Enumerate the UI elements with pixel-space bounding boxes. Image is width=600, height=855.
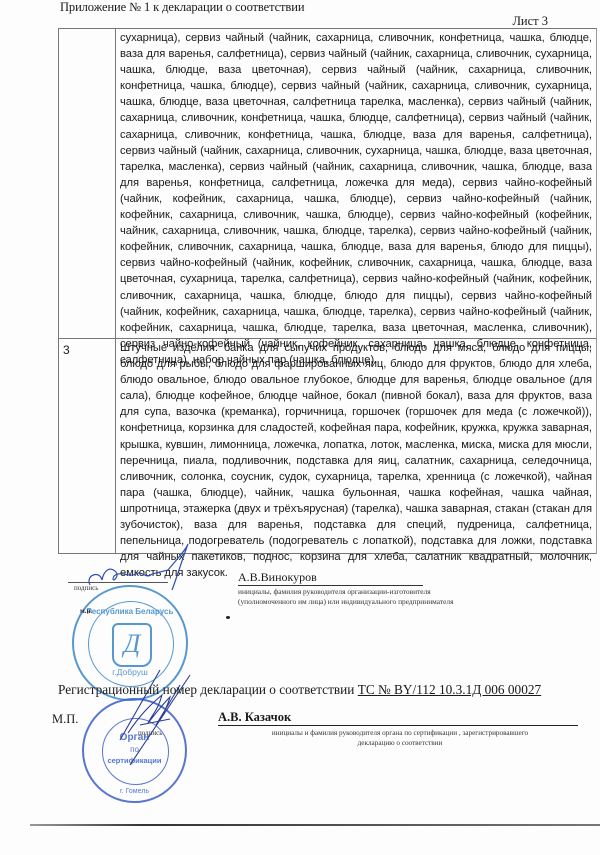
registration-line: Регистрационный номер декларации о соотв… [58, 682, 541, 698]
registration-label: Регистрационный номер декларации о соотв… [58, 682, 354, 697]
sheet-number: Лист 3 [512, 14, 548, 29]
seal-label: м.п. [80, 607, 92, 615]
signature-line [68, 582, 168, 583]
certification-head-name: А.В. Казачок [218, 710, 578, 726]
certification-signature-label: подпись [138, 729, 162, 737]
row-number: 3 [59, 339, 116, 553]
manufacturer-description: инициалы, фамилия руководителя организац… [238, 587, 454, 607]
row-text: Штучные изделия: банка для сыпучих проду… [116, 339, 596, 553]
signature-label: подпись [74, 584, 98, 592]
page-bottom-rule [30, 824, 600, 826]
certification-seal-label: М.П. [52, 712, 78, 727]
table-row: 3 Штучные изделия: банка для сыпучих про… [59, 339, 596, 554]
manufacturer-name: А.В.Винокуров [238, 570, 423, 586]
description-line-1: инициалы и фамилия руководителя органа п… [230, 728, 570, 738]
description-line-1: инициалы, фамилия руководителя организац… [238, 587, 454, 597]
products-table: сухарница), сервиз чайный (чайник, сахар… [58, 28, 597, 554]
registration-number: ТС № BY/112 10.3.1Д 006 00027 [358, 682, 541, 697]
row-text: сухарница), сервиз чайный (чайник, сахар… [116, 29, 596, 338]
stamp-center-line-2: по [84, 745, 185, 754]
description-line-2: декларацию о соответствии [230, 738, 570, 748]
certification-stamp: Орган по сертификации г. Гомель [82, 698, 187, 803]
stamp-city: г.Добруш [74, 667, 186, 677]
stamp-city: г. Гомель [84, 788, 185, 795]
description-line-2: (уполномоченного им лица) или индивидуал… [238, 597, 454, 607]
stamp-center-line-3: сертификации [84, 756, 185, 765]
manufacturer-signature-block: подпись м.п. А.В.Винокуров инициалы, фам… [68, 570, 568, 640]
row-number [59, 29, 116, 338]
page-title: Приложение № 1 к декларации о соответств… [60, 0, 304, 15]
table-row: сухарница), сервиз чайный (чайник, сахар… [59, 29, 596, 339]
certification-description: инициалы и фамилия руководителя органа п… [230, 728, 570, 748]
ink-dot [226, 616, 230, 619]
stamp-center-line-1: Орган [84, 732, 185, 743]
